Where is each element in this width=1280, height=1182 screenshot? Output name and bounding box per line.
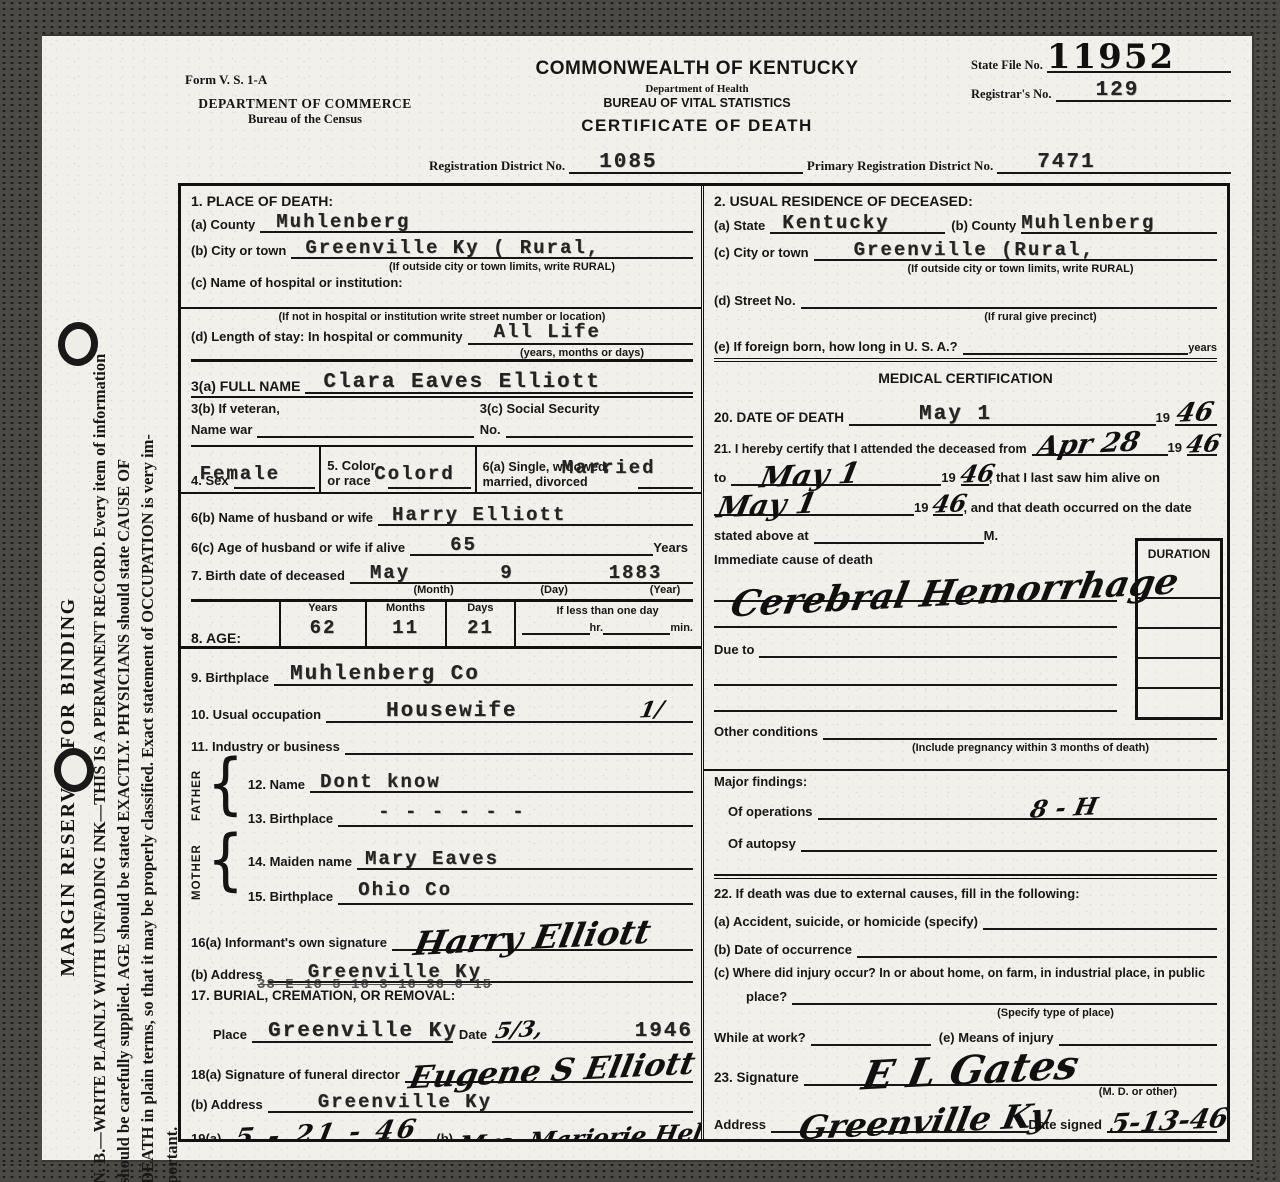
s21-last-line: May 1 — [714, 508, 914, 516]
section-7-birthdate: 7. Birth date of deceased May 9 1883 (Mo… — [191, 556, 693, 602]
header-agency-block: Form V. S. 1-A DEPARTMENT OF COMMERCE Bu… — [185, 72, 425, 127]
section-12-father-name: 12. Name Dont know — [248, 759, 693, 793]
s2-foreign-line — [963, 347, 1189, 355]
s22c-line — [792, 997, 1217, 1005]
s6c-value: 65 — [450, 534, 477, 556]
section-10-occupation: 10. Usual occupation Housewife 1/ — [191, 686, 693, 723]
s2-foreign-label: (e) If foreign born, how long in U. S. A… — [714, 340, 963, 355]
s6c-years-suffix: Years — [653, 541, 693, 556]
s18b-line: Greenville Ky — [268, 1105, 693, 1113]
reg-district-number: 1085 — [599, 151, 657, 174]
left-column: 1. PLACE OF DEATH: (a) County Muhlenberg… — [181, 186, 704, 1139]
s22c-label2: place? — [746, 990, 792, 1005]
death-certificate-scan: { "scan": { "binding_label": "MARGIN RES… — [0, 0, 1280, 1182]
s2-city-row: (c) City or town Greenville (Rural, — [714, 246, 1217, 261]
s17-place-value: Greenville Ky — [268, 1020, 458, 1043]
s8-less-than-day-cell: If less than one day hr. min. — [516, 602, 701, 646]
section-20-date-of-death: 20. DATE OF DEATH May 1 19 46 — [714, 394, 1217, 426]
s1-county-value: Muhlenberg — [276, 211, 410, 233]
section-9-birthplace: 9. Birthplace Muhlenberg Co — [191, 649, 693, 686]
s2-street-label: (d) Street No. — [714, 294, 801, 309]
s15-label: 15. Birthplace — [248, 890, 338, 905]
s1-city-label: (b) City or town — [191, 244, 291, 259]
s8-years-value: 62 — [310, 617, 337, 639]
s14-value: Mary Eaves — [365, 848, 499, 870]
state-file-label: State File No. — [971, 58, 1047, 73]
s8-months-label: Months — [367, 602, 445, 615]
s2-state-value: Kentucky — [782, 212, 889, 234]
s21-from-year-line: 46 — [1187, 448, 1217, 456]
section-15-mother-birthplace: 15. Birthplace Ohio Co — [248, 870, 693, 905]
s8-label: 8. AGE: — [191, 630, 246, 646]
s8-less-caption: If less than one day — [522, 605, 693, 618]
s1-title: 1. PLACE OF DEATH: — [191, 193, 693, 209]
primary-district-line: 7471 — [997, 166, 1231, 174]
s1-city-line: Greenville Ky ( Rural, — [291, 251, 693, 259]
s4-value: Female — [200, 463, 280, 485]
s2-state-label: (a) State — [714, 219, 770, 234]
s22b-label: (b) Date of occurrence — [714, 943, 857, 958]
duration-line-4 — [1138, 659, 1220, 689]
s6b-value: Harry Elliott — [392, 504, 566, 526]
s2-street-caption: (If rural give precinct) — [864, 311, 1217, 324]
registrar-signature: Mrs. Marjorie Helge — [460, 1123, 704, 1139]
father-block: FATHER { 12. Name Dont know 13. Birthpla… — [191, 759, 693, 831]
s3b-label: 3(b) If veteran, — [191, 402, 474, 417]
bureau-vital-statistics: BUREAU OF VITAL STATISTICS — [507, 96, 887, 110]
autopsy-line — [801, 844, 1217, 852]
s23-signature-row: 23. Signature E L Gates — [714, 1046, 1217, 1086]
findings-extra-line — [714, 868, 1217, 876]
registrar-no-line: 129 — [1056, 94, 1231, 102]
s2-street-row: (d) Street No. — [714, 294, 1217, 309]
findings-extra-row — [714, 852, 1217, 876]
section-3a-full-name: 3(a) FULL NAME Clara Eaves Elliott — [191, 362, 693, 398]
s22-work-label: While at work? — [714, 1031, 811, 1046]
s6c-line: 65 — [410, 548, 653, 556]
bureau-of-census: Bureau of the Census — [185, 112, 425, 127]
s7-day-value: 9 — [500, 562, 513, 584]
s21-last-value: May 1 — [718, 488, 816, 522]
s1-stay-value: All Life — [494, 321, 601, 343]
s12-value: Dont know — [320, 771, 441, 793]
s23-address-line: Greenville Ky — [771, 1125, 1028, 1133]
section-3b-3c: 3(b) If veteran, Name war 3(c) Social Se… — [191, 398, 693, 447]
section-17-title-row: 17. BURIAL, CREMATION, OR REMOVAL: 38 E … — [191, 987, 693, 1011]
section-18a-funeral-director: 18(a) Signature of funeral director Euge… — [191, 1043, 693, 1083]
s17-place-label: Place — [213, 1028, 252, 1043]
s18a-line: Eugene S Elliott — [405, 1075, 693, 1083]
s17-date-value: 5/3, — [496, 1017, 542, 1043]
s4-sex: 4. Sex Female — [181, 447, 321, 492]
s21-from-value: Apr 28 — [1038, 429, 1139, 460]
s21-stated-label: stated above at — [714, 529, 814, 544]
s21-line3: May 1 19 46 , and that death occurred on… — [714, 486, 1217, 516]
due-to-line — [759, 650, 1117, 658]
s6b-label: 6(b) Name of husband or wife — [191, 511, 378, 526]
s3b-name-war-label: Name war — [191, 423, 257, 438]
s5-line: Colord — [388, 481, 470, 489]
s23-label: 23. Signature — [714, 1070, 804, 1086]
registration-district-row: Registration District No. 1085 Primary R… — [425, 158, 1231, 174]
s3c-label: 3(c) Social Security — [480, 402, 693, 417]
s2-city-line: Greenville (Rural, — [814, 253, 1217, 261]
s18b-label: (b) Address — [191, 1098, 268, 1113]
section-13-father-birthplace: 13. Birthplace - - - - - - — [248, 793, 693, 827]
certificate-body: 1. PLACE OF DEATH: (a) County Muhlenberg… — [178, 183, 1230, 1142]
cause-line: Cerebral Hemorrhage — [714, 594, 1117, 602]
operations-line: 8 - H — [818, 812, 1217, 820]
s8-min-label: min. — [670, 622, 693, 635]
s3a-value: Clara Eaves Elliott — [323, 371, 600, 394]
s22c-caption: (Specify type of place) — [894, 1007, 1217, 1020]
informant-signature: Harry Elliott — [416, 918, 649, 957]
s2-county-value: Muhlenberg — [1021, 212, 1155, 234]
s19a-date-received: 5 - 21 - 46 — [236, 1119, 417, 1139]
s7-day-line: 9 — [464, 576, 578, 584]
s23-address-label: Address — [714, 1118, 771, 1133]
s22-title: 22. If death was due to external causes,… — [714, 887, 1217, 902]
s8-days-value: 21 — [467, 617, 494, 639]
s5-color-race: 5. Color or race Colord — [321, 447, 476, 492]
registrar-no-label: Registrar's No. — [971, 87, 1056, 102]
registrar-number: 129 — [1096, 79, 1140, 102]
commonwealth-title: COMMONWEALTH OF KENTUCKY — [507, 58, 887, 80]
s8-years-cell: Years 62 — [279, 602, 366, 646]
s1-hospital-row: (c) Name of hospital or institution: — [191, 276, 693, 291]
s6a-marital: 6(a) Single, widowed, married, divorced … — [477, 447, 701, 492]
s8-min-line — [603, 627, 670, 635]
s1-hospital-caption: (If not in hospital or institution write… — [191, 311, 693, 324]
s7-month-caption: (Month) — [401, 584, 466, 597]
s7-year-value: 1883 — [609, 562, 663, 584]
s7-year-caption: (Year) — [637, 584, 693, 597]
cause-label: Immediate cause of death — [714, 553, 878, 568]
mother-brace: { — [207, 829, 248, 914]
operations-row: Of operations 8 - H — [714, 790, 1217, 820]
s10-line: Housewife 1/ — [326, 715, 693, 723]
s3c-no-label: No. — [480, 423, 506, 438]
funeral-director-signature: Eugene S Elliott — [411, 1053, 693, 1089]
s21-to-year: 46 — [961, 459, 994, 488]
s8-days-label: Days — [447, 602, 515, 615]
s23-date-value: 5-13-46 — [1111, 1106, 1227, 1137]
s1-hospital-label: (c) Name of hospital or institution: — [191, 276, 408, 291]
s2-street-line — [801, 301, 1217, 309]
s21-from-year: 46 — [1187, 429, 1220, 458]
medical-certification-title: MEDICAL CERTIFICATION — [714, 362, 1217, 394]
s22a-label: (a) Accident, suicide, or homicide (spec… — [714, 915, 983, 930]
s23-date-line: 5-13-46 — [1107, 1125, 1217, 1133]
certificate-header: Form V. S. 1-A DEPARTMENT OF COMMERCE Bu… — [185, 58, 1231, 182]
s20-label: 20. DATE OF DEATH — [714, 410, 849, 426]
s14-line: Mary Eaves — [357, 862, 693, 870]
physician-address: Greenville Ky — [801, 1102, 1048, 1139]
margin-note: N. B.—WRITE PLAINLY WITH UNFADING INK—TH… — [88, 72, 188, 1182]
s1-county-line: Muhlenberg — [260, 225, 693, 233]
s3b-veteran: 3(b) If veteran, Name war — [191, 398, 474, 445]
s1-county-label: (a) County — [191, 218, 260, 233]
s2-foreign-suffix: years — [1188, 342, 1217, 355]
s9-value: Muhlenberg Co — [290, 663, 480, 686]
other-conditions-label: Other conditions — [714, 725, 823, 740]
operations-label: Of operations — [728, 805, 818, 820]
s2-county-label: (b) County — [945, 219, 1021, 234]
form-number: Form V. S. 1-A — [185, 72, 425, 88]
s10-value: Housewife — [386, 700, 517, 723]
s20-year-value: 46 — [1177, 398, 1213, 428]
s1-city-value: Greenville Ky ( Rural, — [305, 237, 600, 259]
s21-line1: 21. I hereby certify that I attended the… — [714, 426, 1217, 456]
s1-city-caption: (If outside city or town limits, write R… — [311, 261, 693, 274]
s2-state-line: Kentucky — [770, 226, 945, 234]
s7-month-line: May — [350, 576, 464, 584]
margin-note-line-1: N. B.—WRITE PLAINLY WITH UNFADING INK—TH… — [88, 72, 112, 1182]
s22c-label: (c) Where did injury occur? In or about … — [714, 966, 1217, 980]
s7-year-line: 1883 — [579, 576, 693, 584]
primary-district-label: Primary Registration District No. — [803, 158, 997, 174]
header-file-numbers: State File No. 11952 Registrar's No. 129 — [971, 58, 1231, 106]
s1-city-row: (b) City or town Greenville Ky ( Rural, — [191, 244, 693, 259]
s12-label: 12. Name — [248, 778, 310, 793]
cause-of-death-value: Cerebral Hemorrhage — [734, 572, 1176, 614]
s7-month-value: May — [370, 562, 410, 584]
s2-title: 2. USUAL RESIDENCE OF DECEASED: — [714, 193, 1217, 209]
s22b-line — [857, 950, 1217, 958]
reg-district-line: 1085 — [569, 166, 803, 174]
s21-stated-line — [814, 536, 984, 544]
s6a-line: Married — [638, 481, 693, 489]
s8-months-cell: Months 11 — [367, 602, 447, 646]
s18a-label: 18(a) Signature of funeral director — [191, 1068, 405, 1083]
s16a-line: Harry Elliott — [392, 943, 693, 951]
other-conditions-line — [823, 732, 1217, 740]
s23-address-row: Address Greenville Ky Date signed 5-13-4… — [714, 1099, 1217, 1133]
section-6c: 6(c) Age of husband or wife if alive 65 … — [191, 526, 693, 556]
section-14-mother-maiden: 14. Maiden name Mary Eaves — [248, 835, 693, 870]
s22-work-line — [811, 1038, 931, 1046]
s13-label: 13. Birthplace — [248, 812, 338, 827]
s21-line3-tail: , and that death occurred on the date — [963, 501, 1196, 516]
s14-label: 14. Maiden name — [248, 855, 357, 870]
margin-note-line-2: should be carefully supplied. AGE should… — [112, 72, 136, 1182]
s1-hospital-line — [408, 285, 693, 291]
s13-line: - - - - - - — [338, 819, 693, 827]
s1-stay-caption: (years, months or days) — [471, 347, 693, 360]
reg-district-label: Registration District No. — [425, 158, 569, 174]
s2-county-line: Muhlenberg — [1021, 226, 1217, 234]
section-17-place-row: Place Greenville Ky Date 5/3, 1946 — [191, 1011, 693, 1043]
s2-foreign-row: (e) If foreign born, how long in U. S. A… — [714, 340, 1217, 355]
s7-label: 7. Birth date of deceased — [191, 569, 350, 584]
section-22-external-causes: 22. If death was due to external causes,… — [714, 887, 1217, 1046]
s2-city-value: Greenville (Rural, — [854, 239, 1095, 261]
s20-year-line: 46 — [1175, 418, 1217, 426]
s8-age-label-cell: 8. AGE: — [181, 602, 279, 646]
s22b-row: (b) Date of occurrence — [714, 930, 1217, 958]
s21-to-year-line: 46 — [961, 478, 989, 486]
s17-place-line: Greenville Ky — [252, 1035, 453, 1043]
s11-line — [345, 747, 693, 755]
s18b-value: Greenville Ky — [318, 1091, 492, 1113]
s8-years-label: Years — [281, 602, 364, 615]
s2-city-label: (c) City or town — [714, 246, 814, 261]
s12-line: Dont know — [310, 785, 693, 793]
s1-stay-label: (d) Length of stay: In hospital or commu… — [191, 330, 468, 345]
s6c-label: 6(c) Age of husband or wife if alive — [191, 541, 410, 556]
s2-state-county-row: (a) State Kentucky (b) County Muhlenberg — [714, 219, 1217, 234]
s22-work-row: While at work? (e) Means of injury — [714, 1020, 1217, 1046]
father-side-label: FATHER — [191, 759, 207, 831]
certificate-title: CERTIFICATE OF DEATH — [507, 116, 887, 136]
s4-line: Female — [234, 481, 316, 489]
section-16a-informant: 16(a) Informant's own signature Harry El… — [191, 909, 693, 951]
s21-line1-label: 21. I hereby certify that I attended the… — [714, 442, 1032, 456]
s21-last-year-line: 46 — [933, 508, 963, 516]
s15-line: Ohio Co — [338, 897, 693, 905]
section-2-residence: 2. USUAL RESIDENCE OF DECEASED: (a) Stat… — [714, 186, 1217, 362]
s1-stay-row: (d) Length of stay: In hospital or commu… — [191, 330, 693, 345]
s6a-value: Married — [562, 457, 656, 479]
s8-days-cell: Days 21 — [447, 602, 517, 646]
s20-line: May 1 — [849, 418, 1156, 426]
due-to-extra-line-2 — [714, 704, 1117, 712]
section-6b: 6(b) Name of husband or wife Harry Ellio… — [191, 494, 693, 526]
s8-months-value: 11 — [392, 617, 419, 639]
section-21-attended: 21. I hereby certify that I attended the… — [714, 426, 1217, 544]
s17-year-value: 1946 — [635, 1020, 693, 1043]
s10-stray-mark: 1/ — [640, 697, 663, 723]
s3b-line — [257, 430, 473, 438]
s15-value: Ohio Co — [358, 879, 452, 901]
department-of-health: Department of Health — [507, 83, 887, 95]
s3c-ssn: 3(c) Social Security No. — [474, 398, 693, 445]
s21-from-line: Apr 28 — [1032, 448, 1168, 456]
s21-line2-tail: , that I last saw him alive on — [989, 471, 1165, 486]
s9-label: 9. Birthplace — [191, 671, 274, 686]
primary-district-number: 7471 — [1037, 151, 1095, 174]
s21-to-label: to — [714, 471, 731, 486]
other-conditions-caption: (Include pregnancy within 3 months of de… — [844, 742, 1217, 755]
due-to-extra-line — [714, 678, 1117, 686]
s22c-row: place? — [714, 981, 1217, 1005]
s16a-label: 16(a) Informant's own signature — [191, 936, 392, 951]
department-of-commerce: DEPARTMENT OF COMMERCE — [185, 96, 425, 112]
right-column: 2. USUAL RESIDENCE OF DECEASED: (a) Stat… — [704, 186, 1227, 1139]
s17-date-line: 5/3, 1946 — [492, 1035, 693, 1043]
s17-date-label: Date — [453, 1028, 492, 1043]
section-4-5-6a: 4. Sex Female 5. Color or race Colord 6(… — [181, 447, 701, 494]
duration-line-5 — [1138, 689, 1220, 719]
mother-block: MOTHER { 14. Maiden name Mary Eaves 15. … — [191, 835, 693, 909]
s6b-line: Harry Elliott — [378, 518, 693, 526]
s8-hr-label: hr. — [590, 622, 603, 635]
s17-overstrike-typed: 38 E 16 5 16 3 16 36 6 15 — [257, 977, 492, 993]
s3a-label: 3(a) FULL NAME — [191, 378, 305, 394]
s21-line2: to May 1 19 46 , that I last saw him ali… — [714, 456, 1217, 486]
section-19-registrar-row: 19(a) 5 - 21 - 46 (b) Mrs. Marjorie Helg… — [191, 1113, 693, 1139]
autopsy-row: Of autopsy — [714, 820, 1217, 852]
s21-last-year: 46 — [933, 489, 966, 518]
s21-to-line: May 1 — [731, 478, 941, 486]
s1-county-row: (a) County Muhlenberg — [191, 218, 693, 233]
s21-m-label: M. — [984, 529, 1003, 544]
cause-value-row: Cerebral Hemorrhage — [714, 568, 1217, 602]
operations-value: 8 - H — [1031, 793, 1097, 822]
s5-value: Colord — [374, 463, 454, 485]
s22a-row: (a) Accident, suicide, or homicide (spec… — [714, 902, 1217, 930]
s7-day-caption: (Day) — [526, 584, 582, 597]
s19a-label: 19(a) — [191, 1132, 226, 1139]
section-23-physician: 23. Signature E L Gates (M. D. or other)… — [714, 1046, 1217, 1133]
s8-hr-line — [522, 627, 589, 635]
mother-side-label: MOTHER — [191, 835, 207, 909]
s3a-line: Clara Eaves Elliott — [305, 386, 693, 394]
autopsy-label: Of autopsy — [728, 837, 801, 852]
s22a-line — [983, 922, 1217, 930]
physician-signature: E L Gates — [864, 1047, 1077, 1094]
section-1-place-of-death: 1. PLACE OF DEATH: (a) County Muhlenberg… — [191, 186, 693, 362]
section-11-industry: 11. Industry or business — [191, 723, 693, 755]
header-title-block: COMMONWEALTH OF KENTUCKY Department of H… — [507, 58, 887, 136]
duration-line-3 — [1138, 629, 1220, 659]
s10-label: 10. Usual occupation — [191, 708, 326, 723]
s13-value: - - - - - - — [378, 801, 525, 823]
s19b-label: (b) — [426, 1132, 458, 1139]
due-to-label: Due to — [714, 643, 759, 658]
s2-city-caption: (If outside city or town limits, write R… — [824, 263, 1217, 276]
s20-value: May 1 — [919, 403, 992, 426]
major-findings-block: Major findings: Of operations 8 - H Of a… — [714, 771, 1217, 879]
state-file-number: 11952 — [1047, 37, 1175, 77]
s1-stay-line: All Life — [468, 337, 693, 345]
s3c-line — [506, 430, 693, 438]
s23-signature-line: E L Gates — [804, 1078, 1217, 1086]
margin-note-line-3: DEATH in plain terms, so that it may be … — [136, 72, 160, 1182]
major-findings-title: Major findings: — [714, 775, 1217, 790]
s9-line: Muhlenberg Co — [274, 678, 693, 686]
s20-year-prefix: 19 — [1156, 411, 1175, 426]
section-8-age: 8. AGE: Years 62 Months 11 Days 21 If le… — [181, 602, 701, 649]
state-file-line: 11952 — [1047, 65, 1231, 73]
